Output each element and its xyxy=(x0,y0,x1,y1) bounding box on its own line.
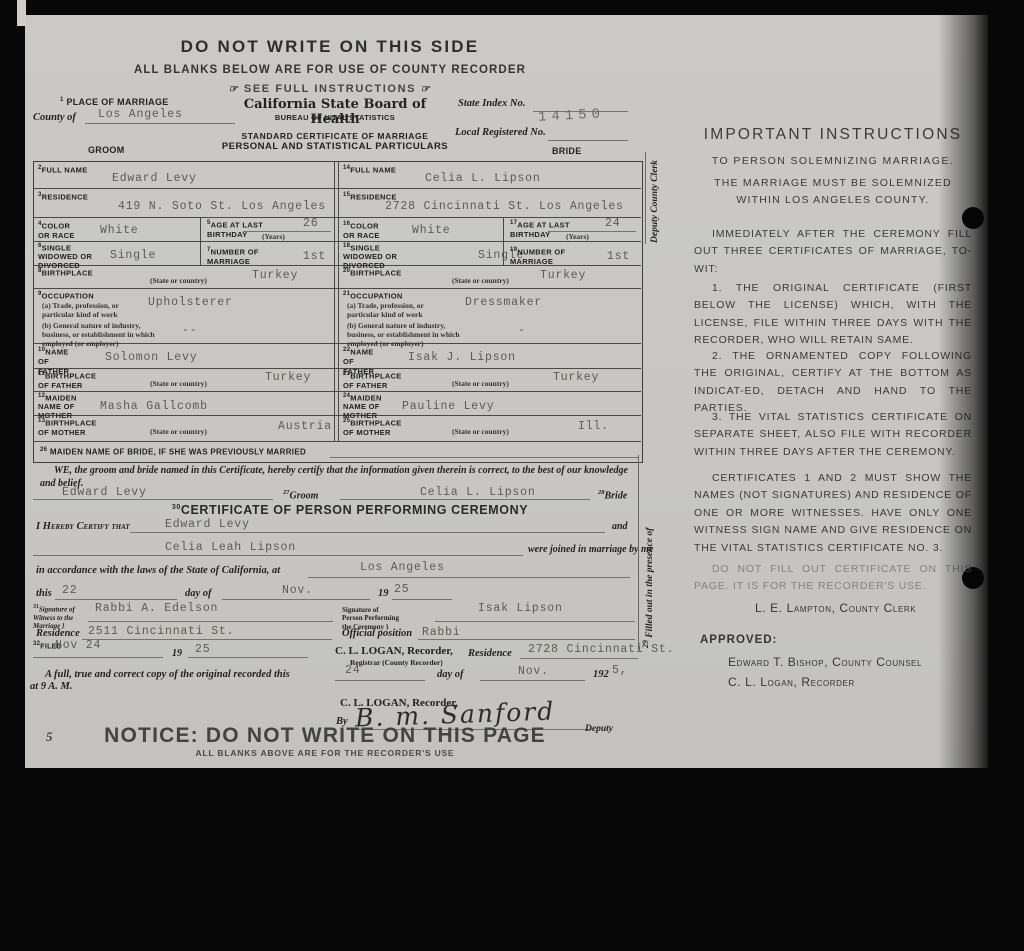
deputy-county-clerk-vertical: Deputy County Clerk xyxy=(650,160,660,243)
groom-sig-label: 27Groom xyxy=(283,489,318,501)
column-divider xyxy=(334,161,335,441)
occupation-a-hint: (a) Trade, profession, or particular kin… xyxy=(42,301,152,319)
groom-number-value: 1st xyxy=(303,250,326,263)
place-of-marriage-label: 1 PLACE OF MARRIAGE xyxy=(60,97,169,109)
field-number: 29 xyxy=(641,640,650,648)
i-hereby-certify-label: I Hereby Certify that xyxy=(36,521,130,532)
label-text: BIRTHPLACE OF MOTHER xyxy=(343,419,402,438)
maiden-name-row-label: 26 MAIDEN NAME OF BRIDE, IF SHE WAS PREV… xyxy=(40,447,306,458)
performer-signature-value: Isak Lipson xyxy=(478,602,563,615)
bride-single-label: 18SINGLE WIDOWED OR DIVORCED xyxy=(343,243,407,270)
groom-age-value: 26 xyxy=(303,217,318,230)
row-line xyxy=(33,415,641,416)
label-text: Signature of Witness to the Marriage xyxy=(33,605,75,630)
state-or-country-hint: (State or country) xyxy=(150,379,207,388)
label-text: AGE AT LAST BIRTHDAY xyxy=(510,221,570,240)
deputy-label: Deputy xyxy=(585,724,613,734)
groom-signature: Edward Levy xyxy=(62,486,147,499)
recorder-approved-name: C. L. Logan, Recorder xyxy=(728,675,855,689)
state-or-country-hint: (State or country) xyxy=(452,276,509,285)
state-or-country-hint: (State or country) xyxy=(150,276,207,285)
pointing-hand-icon: ☞ xyxy=(229,84,240,95)
instructions-p6: 3. THE VITAL STATISTICS CERTIFICATE ON S… xyxy=(694,409,972,461)
bride-color-value: White xyxy=(412,224,451,237)
copy-month: Nov. xyxy=(518,665,549,678)
groom-mother-value: Masha Gallcomb xyxy=(100,400,208,413)
bride-mother-bp-label: 25BIRTHPLACE OF MOTHER xyxy=(343,418,399,438)
groom-birthplace-value: Turkey xyxy=(252,269,298,282)
and-label: and xyxy=(612,521,628,532)
instructions-p8: DO NOT FILL OUT CERTIFICATE ON THIS PAGE… xyxy=(694,561,972,596)
field-number: 30 xyxy=(172,504,181,511)
copy-statement: A full, true and correct copy of the ori… xyxy=(45,669,290,680)
cell-divider xyxy=(200,217,201,265)
label-text: MAIDEN NAME OF BRIDE, IF SHE WAS PREVIOU… xyxy=(50,448,306,457)
maiden-name-blank xyxy=(330,457,638,458)
column-divider xyxy=(338,161,339,441)
bride-father-bp-label: 23BIRTHPLACE OF FATHER xyxy=(343,371,399,391)
bride-father-value: Isak J. Lipson xyxy=(408,351,516,364)
title-text: CERTIFICATE OF PERSON PERFORMING CEREMON… xyxy=(181,503,528,517)
label-text: Bride xyxy=(605,490,628,501)
label-text: AGE AT LAST BIRTHDAY xyxy=(207,221,263,240)
bride-occupation-a-value: Dressmaker xyxy=(465,296,542,309)
witness-signature-label: 31Signature of Witness to the Marriage } xyxy=(33,604,85,631)
row-line xyxy=(33,188,641,189)
ceremony-year: 25 xyxy=(394,583,409,596)
label-text: SINGLE WIDOWED OR DIVORCED xyxy=(343,244,397,270)
state-or-country-hint: (State or country) xyxy=(452,379,509,388)
occupation-b-hint: (b) General nature of industry, business… xyxy=(42,321,167,348)
copy-day: 24 xyxy=(345,664,360,677)
side-rule xyxy=(638,455,639,650)
groom-father-value: Solomon Levy xyxy=(105,351,197,364)
header-all-blanks: ALL BLANKS BELOW ARE FOR USE OF COUNTY R… xyxy=(100,64,560,76)
groom-signature-line xyxy=(33,499,273,500)
groom-color-label: 4COLOR OR RACE xyxy=(38,221,80,241)
header-do-not-write: DO NOT WRITE ON THIS SIDE xyxy=(120,37,540,57)
ceremony-bride-name: Celia Leah Lipson xyxy=(165,541,296,554)
groom-residence-value: 419 N. Soto St. Los Angeles xyxy=(118,200,326,213)
header-see-instructions: ☞ SEE FULL INSTRUCTIONS ☞ xyxy=(140,83,520,95)
groom-residence-label: 3RESIDENCE xyxy=(38,192,88,202)
blank-line xyxy=(222,599,370,600)
copy-year-prefix: 192 xyxy=(593,669,609,680)
witness-signature-value: Rabbi A. Edelson xyxy=(95,602,218,615)
label-text: Groom xyxy=(290,490,319,501)
blank-line xyxy=(33,657,163,658)
groom-father-bp-label: 11BIRTHPLACE OF FATHER xyxy=(38,371,94,391)
county-counsel-name: Edward T. Bishop, County Counsel xyxy=(728,655,922,669)
blank-line xyxy=(435,621,635,622)
see-instructions-text: SEE FULL INSTRUCTIONS xyxy=(244,83,416,95)
groom-number-label: 7NUMBER OF MARRIAGE xyxy=(207,247,269,267)
recorder-name: C. L. LOGAN, Recorder, xyxy=(335,645,453,657)
this-label: this xyxy=(36,588,52,599)
groom-mother-label: 12MAIDEN NAME OF MOTHER xyxy=(38,393,82,420)
label-text: OCCUPATION xyxy=(42,292,94,301)
side-rule xyxy=(645,152,646,244)
ceremony-month: Nov. xyxy=(282,584,313,597)
bride-sig-label: 28Bride xyxy=(598,489,627,501)
page-number: 5 xyxy=(46,729,53,745)
blank-line xyxy=(82,639,332,640)
filed-date: Nov 24 xyxy=(55,639,101,652)
label-text: OCCUPATION xyxy=(350,292,402,301)
row-line xyxy=(33,288,641,289)
label-text: BIRTHPLACE OF FATHER xyxy=(38,372,96,391)
witness-residence-value: 2511 Cincinnati St. xyxy=(88,625,234,638)
age-blank xyxy=(548,231,636,232)
instructions-title: IMPORTANT INSTRUCTIONS xyxy=(697,126,969,144)
paper-sliver-top-left xyxy=(17,0,26,26)
blank-line xyxy=(188,657,308,658)
ceremony-place: Los Angeles xyxy=(360,561,445,574)
label-text: NUMBER OF MARRIAGE xyxy=(207,248,259,267)
official-position-value: Rabbi xyxy=(422,626,461,639)
groom-occupation-label: 9OCCUPATION xyxy=(38,291,94,301)
field-number: 26 xyxy=(40,447,47,453)
groom-father-bp-value: Turkey xyxy=(265,371,311,384)
groom-column-header: GROOM xyxy=(88,145,125,157)
bride-mother-label: 24MAIDEN NAME OF MOTHER xyxy=(343,393,387,420)
blank-line xyxy=(418,639,635,640)
bride-column-header: BRIDE xyxy=(552,146,582,158)
instructions-p7: CERTIFICATES 1 AND 2 MUST SHOW THE NAMES… xyxy=(694,470,972,557)
occupation-b-hint: (b) General nature of industry, business… xyxy=(347,321,472,348)
label-text: FULL NAME xyxy=(42,166,88,175)
filed-year-prefix: 19 xyxy=(172,648,182,659)
label-text: SINGLE WIDOWED OR DIVORCED xyxy=(38,244,92,270)
groom-single-label: 6SINGLE WIDOWED OR DIVORCED xyxy=(38,243,102,270)
bride-signature-line xyxy=(340,499,590,500)
bride-number-value: 1st xyxy=(607,250,630,263)
blank-line xyxy=(33,555,523,556)
groom-mother-bp-label: 13BIRTHPLACE OF MOTHER xyxy=(38,418,94,438)
label-text: FULL NAME xyxy=(350,166,396,175)
blank-line xyxy=(88,621,333,622)
row-line xyxy=(33,441,641,442)
copy-day-of: day of xyxy=(437,669,464,680)
row-line xyxy=(33,217,641,218)
row-line xyxy=(33,368,641,369)
row-line xyxy=(33,391,641,392)
field-number: 1 xyxy=(60,97,64,103)
registrar-subtitle: Registrar (County Recorder) xyxy=(350,658,443,667)
blank-line xyxy=(55,599,177,600)
label-text: BIRTHPLACE xyxy=(42,269,93,278)
groom-mother-bp-value: Austria xyxy=(278,420,332,433)
bride-mother-bp-value: Ill. xyxy=(578,420,609,433)
county-of-label: County of xyxy=(33,112,76,123)
footer-sub-notice: ALL BLANKS ABOVE ARE FOR THE RECORDER'S … xyxy=(150,748,500,758)
field-number: 11 xyxy=(38,371,45,377)
local-registered-label: Local Registered No. xyxy=(455,127,546,138)
blank-line xyxy=(335,680,425,681)
footer-notice: NOTICE: DO NOT WRITE ON THIS PAGE xyxy=(85,724,565,748)
label-text: RESIDENCE xyxy=(42,193,88,202)
occupation-a-hint: (a) Trade, profession, or particular kin… xyxy=(347,301,457,319)
particulars-line: PERSONAL AND STATISTICAL PARTICULARS xyxy=(200,141,470,153)
bride-residence-value: 2728 Cincinnati St. Los Angeles xyxy=(385,200,624,213)
groom-birthplace-label: 8BIRTHPLACE xyxy=(38,268,93,278)
row-line xyxy=(33,241,641,242)
filled-out-vertical: 29 Filled out in the presence of xyxy=(641,528,655,648)
year-prefix: 19 xyxy=(378,588,389,599)
label-text: Filled out in the presence of xyxy=(645,528,655,638)
joined-label: were joined in marriage by me xyxy=(528,544,653,555)
bride-full-name-label: 14FULL NAME xyxy=(343,165,396,175)
bride-years-hint: (Years) xyxy=(566,232,589,241)
state-or-country-hint: (State or country) xyxy=(150,427,207,436)
bureau-subtitle: BUREAU OF VITAL STATISTICS xyxy=(230,113,440,123)
label-text: NUMBER OF MARRIAGE xyxy=(510,248,565,267)
groom-single-value: Single xyxy=(110,249,156,262)
groom-occupation-a-value: Upholsterer xyxy=(148,296,233,309)
approved-label: APPROVED: xyxy=(700,634,777,646)
ceremony-groom-name: Edward Levy xyxy=(165,518,250,531)
bride-birthplace-value: Turkey xyxy=(540,269,586,282)
witness-residence-label: Residence xyxy=(36,628,80,639)
blank-line xyxy=(480,680,585,681)
bride-full-name-value: Celia L. Lipson xyxy=(425,172,541,185)
label-text: BIRTHPLACE xyxy=(350,269,401,278)
copy-year: 5, xyxy=(612,664,627,677)
blank-line xyxy=(392,599,452,600)
instructions-p1: TO PERSON SOLEMNIZING MARRIAGE. xyxy=(698,153,968,170)
bride-color-label: 16COLOR OR RACE xyxy=(343,221,385,241)
state-or-country-hint: (State or country) xyxy=(452,427,509,436)
groom-years-hint: (Years) xyxy=(262,232,285,241)
local-registered-blank xyxy=(548,140,628,141)
bride-birthplace-label: 20BIRTHPLACE xyxy=(343,268,402,278)
accordance-label: in accordance with the laws of the State… xyxy=(36,565,280,576)
age-blank xyxy=(243,231,331,232)
bride-occupation-b-value: - xyxy=(518,324,526,337)
label-text: BIRTHPLACE OF FATHER xyxy=(343,372,402,391)
groom-full-name-label: 2FULL NAME xyxy=(38,165,88,175)
bride-mother-value: Pauline Levy xyxy=(402,400,494,413)
scanned-marriage-certificate: DO NOT WRITE ON THIS SIDE ALL BLANKS BEL… xyxy=(0,0,1024,951)
page-edge-shadow xyxy=(938,15,988,768)
label-text: BIRTHPLACE OF MOTHER xyxy=(38,419,97,438)
instructions-p3: IMMEDIATELY AFTER THE CEREMONY FILL OUT … xyxy=(694,226,972,278)
groom-occupation-b-value: -- xyxy=(182,324,197,337)
blank-line xyxy=(520,658,638,659)
pointing-hand-icon: ☞ xyxy=(421,84,432,95)
county-clerk-name: L. E. Lampton, County Clerk xyxy=(755,601,916,615)
ceremony-day: 22 xyxy=(62,584,77,597)
bride-father-bp-value: Turkey xyxy=(553,371,599,384)
place-label-text: PLACE OF MARRIAGE xyxy=(66,97,168,107)
instructions-p4: 1. THE ORIGINAL CERTIFICATE (FIRST BELOW… xyxy=(694,280,972,350)
bride-age-value: 24 xyxy=(605,217,620,230)
state-index-label: State Index No. xyxy=(458,98,525,109)
ceremony-section-title: 30CERTIFICATE OF PERSON PERFORMING CEREM… xyxy=(140,503,560,517)
label-text: COLOR OR RACE xyxy=(38,222,75,241)
groom-full-name-value: Edward Levy xyxy=(112,172,197,185)
bride-occupation-label: 21OCCUPATION xyxy=(343,291,403,301)
blank-line xyxy=(130,532,605,533)
blank-line xyxy=(308,577,630,578)
bride-number-label: 19NUMBER OF MARRIAGE xyxy=(510,247,572,267)
county-underline xyxy=(85,123,235,124)
day-of-label: day of xyxy=(185,588,212,599)
instructions-p5: 2. THE ORNAMENTED COPY FOLLOWING THE ORI… xyxy=(694,348,972,418)
county-value: Los Angeles xyxy=(98,108,183,121)
bride-signature: Celia L. Lipson xyxy=(420,486,536,499)
instructions-p2: THE MARRIAGE MUST BE SOLEMNIZED WITHIN L… xyxy=(695,175,971,210)
recorder-residence-label: Residence xyxy=(468,648,512,659)
groom-color-value: White xyxy=(100,224,139,237)
copy-time: at 9 A. M. xyxy=(30,681,73,692)
filed-year: 25 xyxy=(195,643,210,656)
official-position-label: Official position xyxy=(342,628,412,639)
